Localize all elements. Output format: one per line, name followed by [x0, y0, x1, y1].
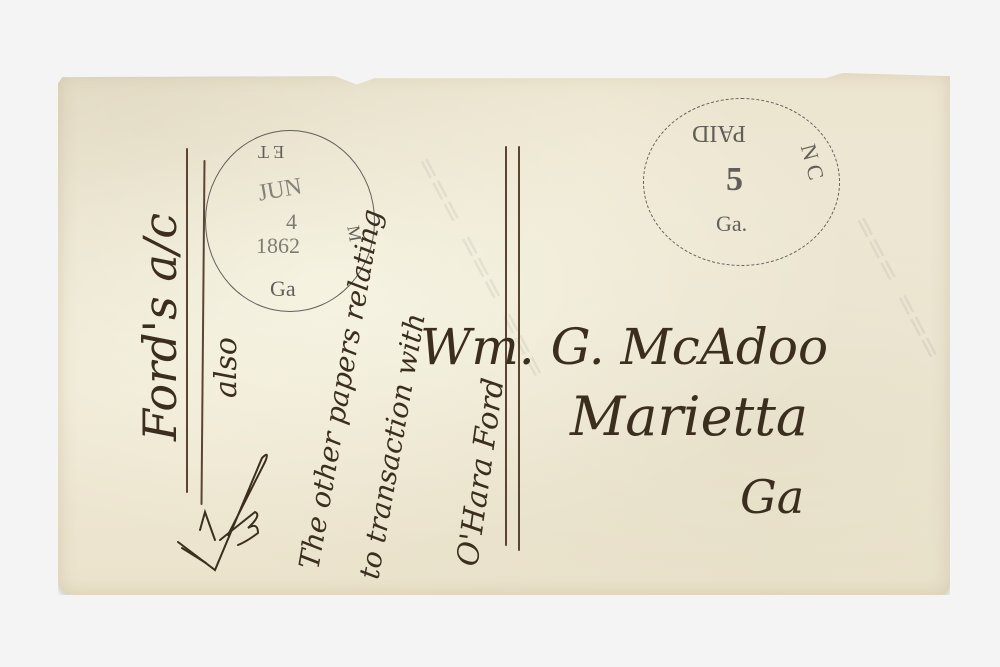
addressee-state: Ga: [740, 470, 804, 524]
addressee-city: Marietta: [570, 385, 808, 448]
addressee-name: Wm. G. McAdoo: [420, 318, 828, 376]
